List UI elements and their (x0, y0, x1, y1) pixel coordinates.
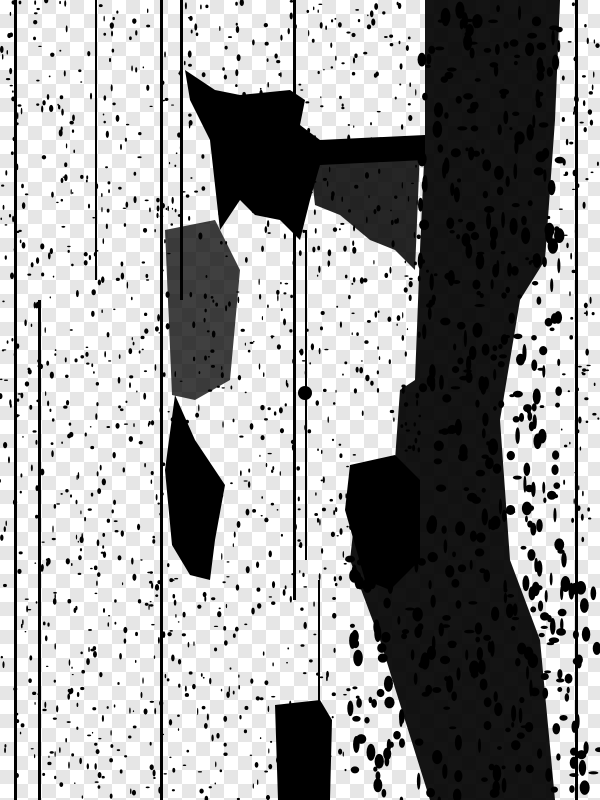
grunge-texture (0, 0, 600, 800)
transparency-checkerboard (0, 0, 600, 800)
